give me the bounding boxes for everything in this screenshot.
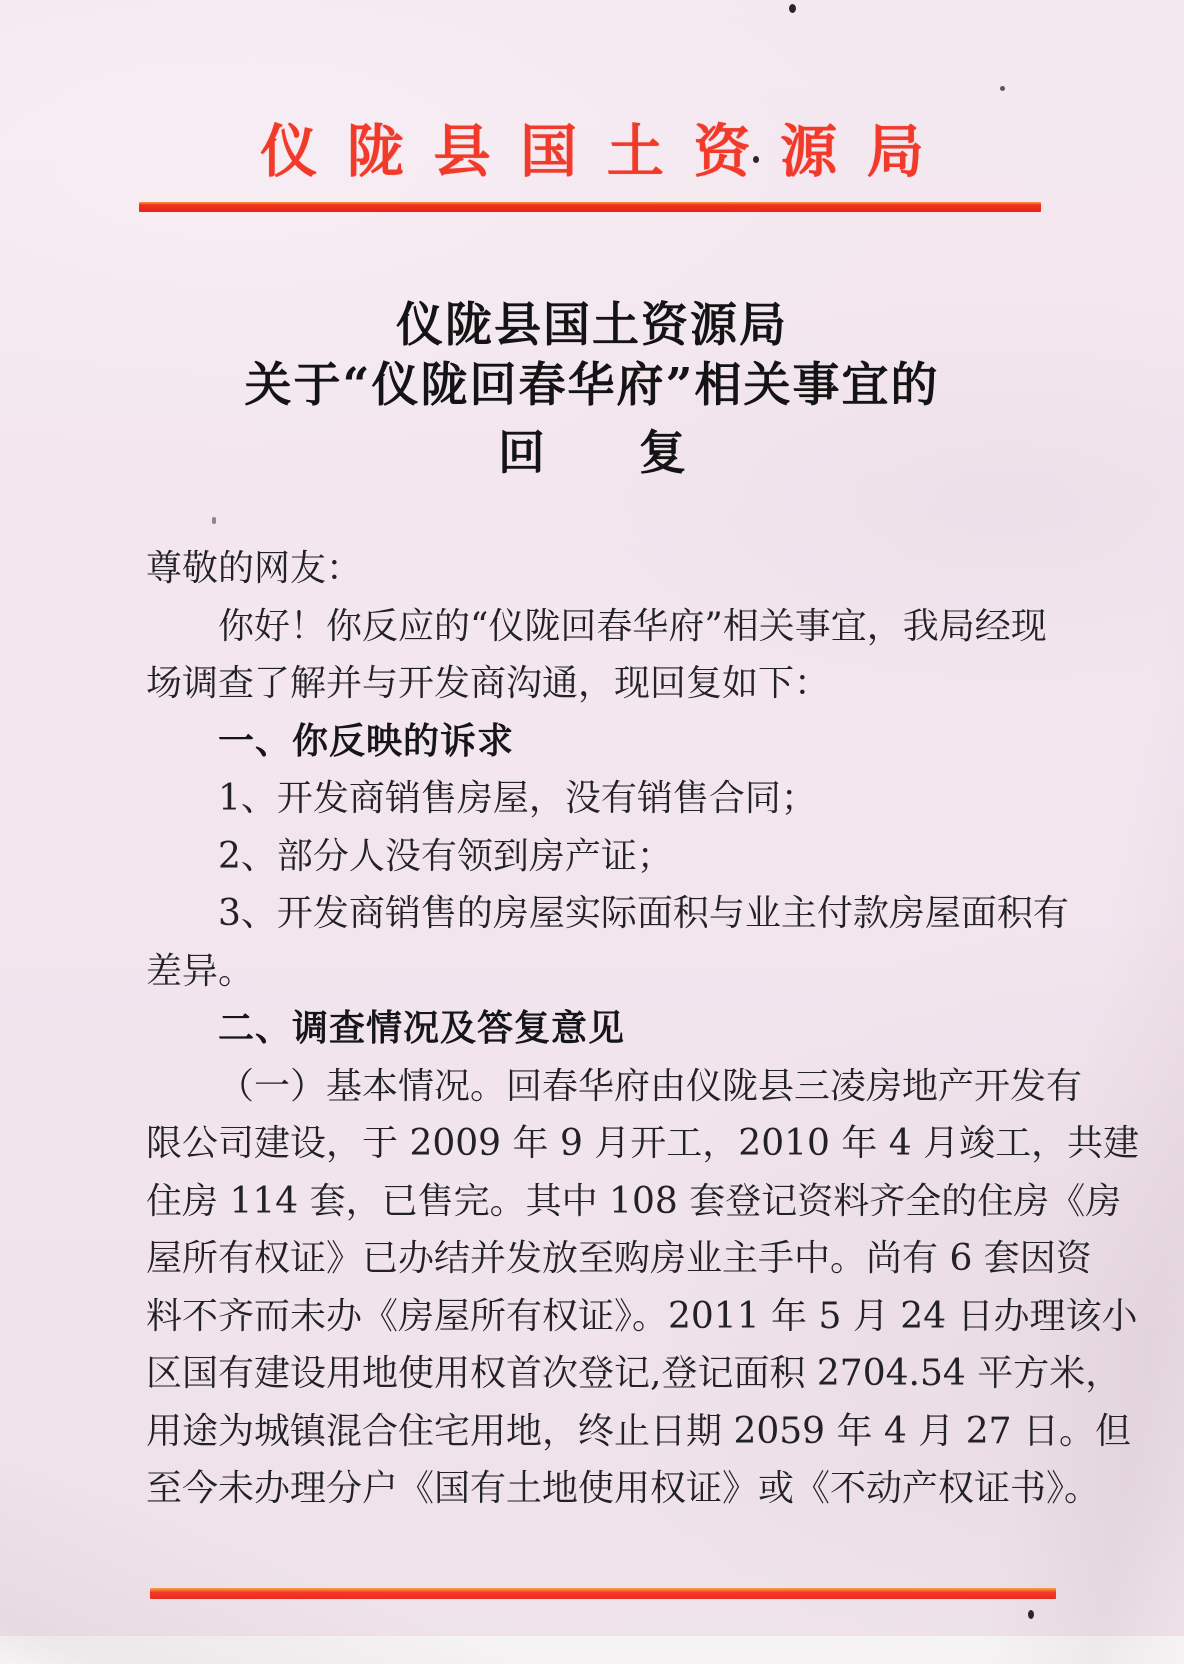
list-item-3: 3、开发商销售的房屋实际面积与业主付款房屋面积有	[146, 885, 1042, 943]
salutation-line: 尊敬的网友：	[146, 540, 1042, 598]
scan-speck	[753, 156, 759, 163]
scan-speck	[1000, 86, 1005, 91]
body-line: 区国有建设用地使用权首次登记,登记面积 2704.54 平方米，	[146, 1345, 1042, 1403]
body-line: 你好！你反应的“仪陇回春华府”相关事宜，我局经现	[146, 598, 1042, 656]
scanner-edge-strip	[0, 1635, 1184, 1664]
scan-speck	[1028, 1610, 1034, 1619]
scan-speck	[789, 4, 796, 13]
body-line: 用途为城镇混合住宅用地，终止日期 2059 年 4 月 27 日。但	[146, 1403, 1042, 1461]
body-line: 住房 114 套，已售完。其中 108 套登记资料齐全的住房《房	[146, 1173, 1042, 1231]
scanned-document-page: 仪陇县国土资源局 仪陇县国土资源局 关于“仪陇回春华府”相关事宜的 回 复 尊敬…	[0, 0, 1184, 1664]
body-line: 料不齐而未办《房屋所有权证》。2011 年 5 月 24 日办理该小	[146, 1288, 1042, 1346]
body-line: 场调查了解并与开发商沟通，现回复如下：	[146, 655, 1042, 713]
list-item-2: 2、部分人没有领到房产证；	[146, 828, 1042, 886]
section-heading-1: 一、你反映的诉求	[146, 713, 1042, 771]
body-line: （一）基本情况。回春华府由仪陇县三凌房地产开发有	[146, 1058, 1042, 1116]
letterhead-rule	[139, 202, 1041, 212]
footer-rule	[150, 1588, 1056, 1599]
letterhead-agency-name: 仪陇县国土资源局	[0, 106, 1184, 188]
scan-speck	[212, 517, 216, 524]
document-title: 仪陇县国土资源局 关于“仪陇回春华府”相关事宜的 回 复	[0, 296, 1184, 484]
document-title-line3: 回 复	[0, 424, 1184, 484]
letter-body: 尊敬的网友： 你好！你反应的“仪陇回春华府”相关事宜，我局经现 场调查了解并与开…	[146, 540, 1042, 1518]
body-line: 至今未办理分户《国有土地使用权证》或《不动产权证书》。	[146, 1460, 1042, 1518]
list-item-1: 1、开发商销售房屋，没有销售合同；	[146, 770, 1042, 828]
body-line: 限公司建设，于 2009 年 9 月开工，2010 年 4 月竣工，共建	[146, 1115, 1042, 1173]
body-line: 屋所有权证》已办结并发放至购房业主手中。尚有 6 套因资	[146, 1230, 1042, 1288]
body-line: 差异。	[146, 943, 1042, 1001]
section-heading-2: 二、调查情况及答复意见	[146, 1000, 1042, 1058]
document-title-line1: 仪陇县国土资源局	[0, 296, 1184, 356]
document-title-line2: 关于“仪陇回春华府”相关事宜的	[0, 356, 1184, 416]
